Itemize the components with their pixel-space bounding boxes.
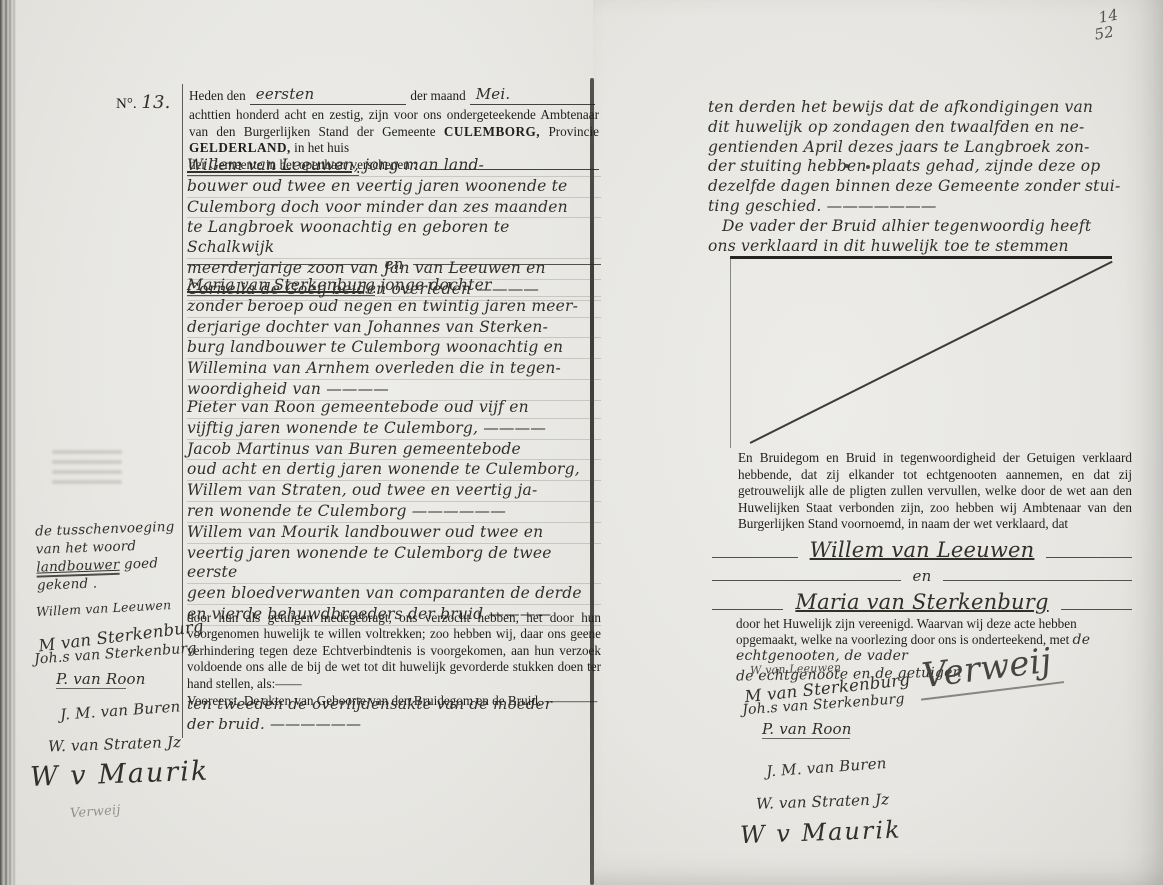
date-line: Heden den eersten der maand Mei. [189, 86, 599, 105]
signature-witness-1: P. van Roon [56, 670, 126, 689]
bride-name-line: Maria van Sterkenburg [712, 590, 1132, 614]
bride-name: Maria van Sterkenburg [187, 276, 375, 296]
publication-line: ting geschied. ——————— [708, 197, 1132, 217]
signature-witness-2: J. M. van Buren [766, 748, 981, 781]
witness-line: Pieter van Roon gemeentebode oud vijf en [187, 398, 601, 419]
province-name: GELDERLAND, [189, 140, 291, 155]
day-value: eersten [250, 85, 315, 103]
bride-first-rest: jonge dochter [375, 276, 492, 294]
groom-name: Willem van Leeuwen, [187, 156, 359, 176]
connector-en: en [375, 255, 414, 273]
act-number-value: 13. [141, 92, 170, 113]
signature-witness-4: W v Maurik [740, 813, 981, 849]
bride-line: burg landbouwer te Culemborg woonachtig … [187, 338, 601, 359]
bride-lines: zonder beroep oud negen en twintig jaren… [187, 297, 601, 401]
second-document-note: ten tweeden de overlijdensakte van de mo… [187, 694, 601, 734]
groom-first-line: Willem van Leeuwen, jong man land- [187, 156, 601, 177]
groom-line: bouwer oud twee en veertig jaren woonend… [187, 177, 601, 198]
bride-paragraph: Maria van Sterkenburg jonge dochter zond… [187, 276, 601, 401]
signature-groom: Willem van Leeuwen [36, 596, 196, 619]
bride-line: derjarige dochter van Johannes van Sterk… [187, 318, 601, 339]
publication-line: gentienden April dezes jaars te Langbroe… [708, 138, 1132, 158]
second-document-line: ten tweeden de overlijdensakte van de mo… [187, 694, 601, 714]
declaration-paragraph: En Bruidegom en Bruid in tegenwoordighei… [738, 450, 1132, 533]
act-number-prefix: N°. [116, 96, 137, 112]
margin-note-rest: goed [119, 555, 158, 572]
witnesses-paragraph: Pieter van Roon gemeentebode oud vijf en… [187, 398, 601, 626]
bride-first-line: Maria van Sterkenburg jonge dochter [187, 276, 601, 297]
groom-first-rest: jong man land- [359, 156, 484, 174]
groom-line: te Langbroek woonachtig en geboren te Sc… [187, 218, 601, 259]
intro-post: in het huis [291, 140, 349, 155]
binding-edge [0, 0, 16, 885]
printed-intro: achttien honderd acht en zestig, zijn vo… [189, 107, 599, 157]
groom-name-line: Willem van Leeuwen [712, 538, 1132, 562]
bride-name-right: Maria van Sterkenburg [783, 590, 1060, 614]
witness-line: geen bloedverwanten van comparanten de d… [187, 584, 601, 605]
request-paragraph: door hun als getuigen medegebragt, ons v… [187, 610, 601, 692]
publication-line: ons verklaard in dit huwelijk toe te ste… [708, 237, 1132, 257]
signature-witness-2: J. M. van Buren [60, 696, 196, 723]
en-divider-right: en [712, 567, 1132, 585]
married-names-block: Willem van Leeuwen en Maria van Sterkenb… [712, 538, 1132, 619]
connector-en-right: en [901, 567, 944, 585]
blank-box-left-rule [730, 256, 731, 448]
margin-note: de tusschenvoeging van het woord landbou… [35, 517, 187, 594]
month-fill-slot: Mei. [470, 86, 595, 105]
publication-line: dit huwelijk op zondagen den twaalfden e… [708, 118, 1132, 138]
witness-line: veertig jaren wonende te Culemborg de tw… [187, 544, 601, 585]
publication-line: ten derden het bewijs dat de afkondiging… [708, 98, 1132, 118]
date-line-pre: Heden den [189, 88, 246, 105]
act-number: N°. 13. [116, 92, 171, 113]
signature-witness-3: W. van Straten Jz [48, 732, 196, 755]
signature-witness-3: W. van Straten Jz [756, 787, 980, 813]
witness-line: Willem van Straten, oud twee en veertig … [187, 481, 601, 502]
municipality-name: CULEMBORG, [444, 124, 540, 139]
witness-line: Jacob Martinus van Buren gemeentebode [187, 440, 601, 461]
intro-mid: Provincie [540, 124, 599, 139]
bride-line: Willemina van Arnhem overleden die in te… [187, 359, 601, 380]
signature-witness-4: W v Maurik [30, 756, 196, 793]
groom-line: Culemborg doch voor minder dan zes maand… [187, 198, 601, 219]
groom-name-right: Willem van Leeuwen [798, 538, 1047, 562]
section-rule [730, 256, 1112, 259]
day-fill-slot: eersten [250, 86, 407, 105]
witness-line: Willem van Mourik landbouwer oud twee en [187, 523, 601, 544]
margin-signatures: Willem van Leeuwen M van Sterkenburg Joh… [30, 600, 195, 817]
signature-witness-1: P. van Roon [762, 720, 850, 739]
ink-bleedthrough [52, 444, 122, 498]
publication-line: dezelfde dagen binnen deze Gemeente zond… [708, 177, 1132, 197]
witness-line: oud acht en dertig jaren wonende te Cule… [187, 460, 601, 481]
date-line-mid: der maand [410, 88, 465, 105]
publications-paragraph: ten derden het bewijs dat de afkondiging… [708, 98, 1132, 256]
witness-line: ren wonende te Culemborg —————— [187, 502, 601, 523]
bride-line: zonder beroep oud negen en twintig jaren… [187, 297, 601, 318]
publication-line: De vader der Bruid alhier tegenwoordig h… [708, 217, 1132, 237]
month-value: Mei. [470, 85, 511, 103]
marriage-certificate-scan: N°. 13. Heden den eersten der maand Mei.… [0, 0, 1163, 885]
witness-line: vijftig jaren wonende te Culemborg, ———— [187, 419, 601, 440]
publication-line: der stuiting hebben plaats gehad, zijnde… [708, 157, 1132, 177]
en-divider-left: en [187, 258, 601, 270]
second-document-line: der bruid. —————— [187, 714, 601, 734]
